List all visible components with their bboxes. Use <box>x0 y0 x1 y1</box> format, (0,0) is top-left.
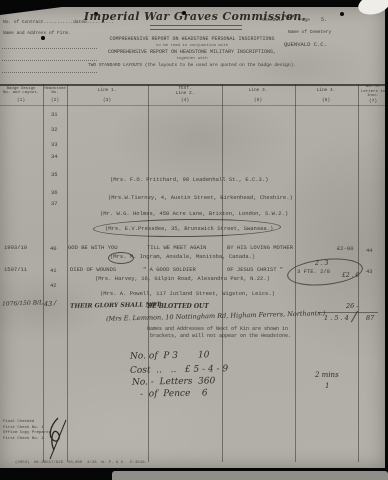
summary-letters: No. - Letters 360 <box>132 376 215 387</box>
row43-badge: 1076/150 B/L <box>2 299 43 307</box>
scanned-document: No. of Contract...........dated.........… <box>0 0 388 480</box>
initials-flourish <box>44 416 74 460</box>
col-headstone-num: (2) <box>51 98 59 103</box>
report-layouts: TWO STANDARD LAYOUTS (the layouts to be … <box>88 63 296 68</box>
headstone-number: 36 <box>51 190 58 196</box>
headstone-number: 34 <box>51 154 58 160</box>
check-first-2: First Check No. 2 <box>3 437 44 442</box>
row43-tick: / <box>54 299 56 307</box>
firm-rule <box>2 72 97 73</box>
title-underline <box>150 25 242 30</box>
check-first-1: First Check No. 1 <box>3 426 44 431</box>
col-line3-label: Line 3. <box>249 88 268 93</box>
summary-side-note: 2 mins <box>315 371 339 379</box>
summary-side-note2: 1 <box>325 382 329 390</box>
row40-line1: GOD BE WITH YOU <box>68 245 118 251</box>
report-line-1: COMPREHENSIVE REPORT ON HEADSTONE PERSON… <box>109 37 274 43</box>
column-divider <box>67 84 68 462</box>
schedule-letter: "B" <box>283 14 296 22</box>
headstone-number: 37 <box>51 201 58 207</box>
report-conjunction: to be read in conjunction with <box>156 44 228 49</box>
printer-imprint: (2853) Wt.29517/929 10,000 4/26 W. P. & … <box>15 461 147 466</box>
col-line4-label: Line 4. <box>317 88 336 93</box>
row41-line1: DIED OF WOUNDS <box>70 267 116 273</box>
headstone-number: 31 <box>51 112 58 118</box>
scanner-tray <box>112 471 388 480</box>
row42-number: 42 <box>50 283 57 289</box>
col-headstone-label2: No. <box>51 91 58 96</box>
row40-letter-count: 44 <box>366 248 373 254</box>
row43-cost: 1 . 5 . 4 <box>324 314 349 322</box>
firm-label: Name and Address of Firm. <box>3 31 71 36</box>
col-line3-num: (5) <box>254 98 262 103</box>
row43-number: 43 <box>44 300 52 308</box>
paper-sheet <box>0 7 385 468</box>
row41-number: 41 <box>50 268 57 274</box>
col-text-label: TEXT. <box>178 86 192 91</box>
summary-count: No. of P 3 10 <box>130 350 210 361</box>
row40-badge: 1903/10 <box>4 245 27 251</box>
nok-line: (Mrs.W.Tierney, 4, Austin Street, Birken… <box>108 195 293 201</box>
schedule-label: Schedule <box>262 18 284 23</box>
page-number: 5. <box>321 18 327 24</box>
row43-figure-top: 26 - <box>346 302 359 310</box>
firm-rule <box>2 60 97 61</box>
table-header-rule <box>0 105 388 106</box>
check-final: Final Checked <box>3 420 34 425</box>
row43-letter-count: 87 <box>366 314 374 322</box>
row40-line2: TILL WE MEET AGAIN <box>147 245 206 251</box>
col-letters-num: (7) <box>369 99 377 104</box>
column-divider <box>43 84 44 462</box>
headstone-number: 33 <box>51 142 58 148</box>
hand-circle-annotation <box>108 252 134 264</box>
headstone-number: 35 <box>51 172 58 178</box>
punch-dot <box>41 36 45 40</box>
cemetery-name: QUENVALD C.C. <box>284 42 327 48</box>
scan-edge-top <box>0 0 388 7</box>
row41-letter-count: 43 <box>366 269 373 275</box>
summary-pence: - of Pence 6 <box>140 388 208 399</box>
row42-nok: (Mrs. A. Powell, 117 Jutland Street, Wig… <box>100 291 275 297</box>
col-line2-num: (4) <box>181 98 189 103</box>
column-divider <box>222 84 223 462</box>
row43-line2: BE BLOTTED OUT <box>147 303 209 310</box>
nok-line: (Mr. W.G. Holmes, 450 Acre Lane, Brixton… <box>100 211 288 217</box>
col-badge-label2: No. and Layout. <box>3 91 39 96</box>
nok-note-line2: brackets, and will not appear on the Hea… <box>150 334 291 340</box>
row41-line3: OF JESUS CHRIST " <box>227 267 283 273</box>
col-line4-num: (6) <box>322 98 330 103</box>
report-line-2: COMPREHENSIVE REPORT ON HEADSTONE MILITA… <box>108 50 276 56</box>
col-line2-label: Line 2. <box>176 91 195 96</box>
cemetery-label: Name of Cemetery <box>288 30 331 35</box>
page-label: Page <box>299 18 310 23</box>
col-badge-num: (1) <box>17 98 25 103</box>
row40-number: 40 <box>50 246 57 252</box>
col-letters-label3: Insc. <box>367 94 379 99</box>
row41-line2: " A GOOD SOLDIER <box>143 267 196 273</box>
row41-nok: (Mrs. Harvey, 16, Gilpin Road, Alexandra… <box>95 276 270 282</box>
row40-line3: BY HIS LOVING MOTHER <box>227 245 293 251</box>
nok-note-line1: Names and Addresses of Next of Kin are s… <box>147 327 288 333</box>
row43-figure-rule <box>318 312 378 313</box>
summary-cost: Cost .. .. £ 5 - 4 - 9 <box>130 364 228 376</box>
nok-line: (Mrs. F.O. Pritchard, 98 Leadenhall St.,… <box>110 177 268 183</box>
col-line1-label: Line 1. <box>98 88 117 93</box>
punch-dot <box>340 12 344 16</box>
firm-rule <box>2 48 97 49</box>
scan-edge-corner <box>0 7 62 15</box>
row41-badge: 1507/11 <box>4 267 27 273</box>
headstone-number: 32 <box>51 127 58 133</box>
col-line1-num: (3) <box>103 98 111 103</box>
report-together: together with <box>176 57 207 62</box>
row40-fee: £2-00 <box>337 246 354 252</box>
